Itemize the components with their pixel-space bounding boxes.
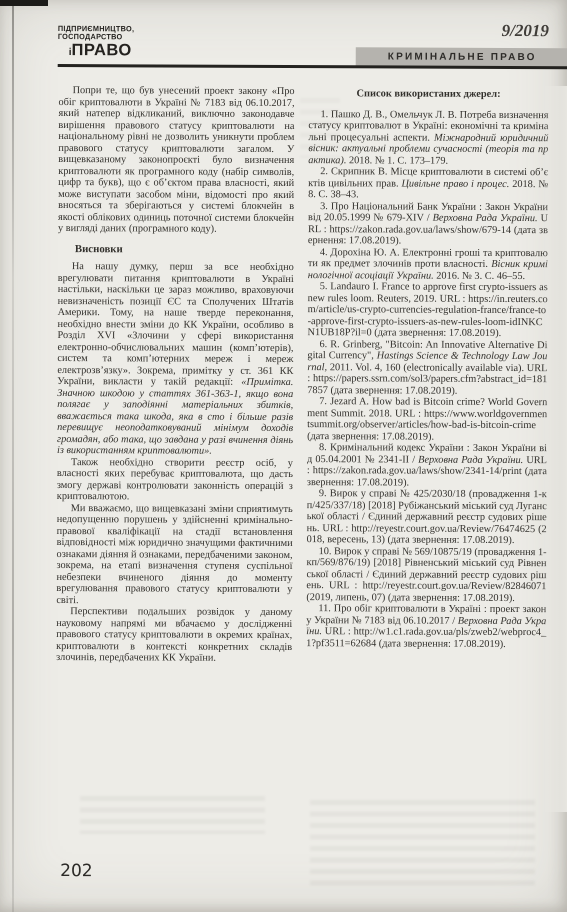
section-band: КРИМІНАЛЬНЕ ПРАВО <box>356 47 567 67</box>
intro-paragraphs: Попри те, що був унесений проект закону … <box>58 85 295 236</box>
conclusion-paragraphs: На нашу думку, перш за все необхідно вре… <box>56 261 294 665</box>
scanned-journal-page: ПІДПРИЄМНИЦТВО, ГОСПОДАРСТВО іПРАВО 9/20… <box>0 0 567 912</box>
references-list: 1. Пашко Д. В., Омельчук Л. В. Потреба в… <box>306 109 548 651</box>
reference-item: 10. Вирок у справі № 569/10875/19 (прова… <box>306 546 546 605</box>
page-header: ПІДПРИЄМНИЦТВО, ГОСПОДАРСТВО іПРАВО 9/20… <box>2 0 567 1</box>
left-column: Попри те, що був унесений проект закону … <box>56 85 295 665</box>
references-heading: Список використаних джерел: <box>309 88 549 101</box>
body-paragraph: Ми вважаємо, що вищевказані зміни сприят… <box>56 503 292 608</box>
reference-item: 8. Кримінальний кодекс України : Закон У… <box>307 442 547 489</box>
journal-logo: ПІДПРИЄМНИЦТВО, ГОСПОДАРСТВО іПРАВО <box>58 25 138 60</box>
article-body: Попри те, що був унесений проект закону … <box>56 85 549 666</box>
body-paragraph: Попри те, що був унесений проект закону … <box>58 85 295 236</box>
right-column: Список використаних джерел: 1. Пашко Д. … <box>306 86 549 666</box>
scan-bleedthrough-noise <box>310 800 535 892</box>
issue-number: 9/2019 <box>502 21 549 41</box>
reference-item: 5. Landauro I. France to approve first c… <box>308 281 548 340</box>
reference-item: 7. Jezard A. How bad is Bitcoin crime? W… <box>307 396 547 443</box>
logo-line3: іПРАВО <box>69 43 138 60</box>
reference-item: 9. Вирок у справі № 425/2030/18 (провадж… <box>307 488 547 547</box>
reference-item: 1. Пашко Д. В., Омельчук Л. В. Потреба в… <box>308 109 548 168</box>
reference-item: 6. R. Grinberg, "Bitcoin: An Innovative … <box>307 339 547 398</box>
body-paragraph: На нашу думку, перш за все необхідно вре… <box>57 261 294 458</box>
reference-item: 2. Скрипник В. Місце криптовалюти в сист… <box>308 166 548 202</box>
scan-bleedthrough-noise <box>300 98 340 158</box>
logo-line2: ГОСПОДАРСТВО <box>58 33 134 42</box>
body-paragraph: Також необхідно створити реєстр осіб, у … <box>57 457 293 504</box>
logo-pravo: ПРАВО <box>72 41 132 59</box>
scan-bleedthrough-noise <box>80 796 265 834</box>
reference-item: 11. Про обіг криптовалюти в Україні : пр… <box>306 603 546 650</box>
conclusions-heading: Висновки <box>75 244 294 256</box>
page-content: ПІДПРИЄМНИЦТВО, ГОСПОДАРСТВО іПРАВО 9/20… <box>0 0 567 912</box>
body-paragraph: Перспективи подальших розвідок у даному … <box>56 606 292 665</box>
page-number: 202 <box>60 861 93 881</box>
reference-item: 4. Дорохіна Ю. А. Електронні гроші та кр… <box>308 247 548 283</box>
section-label: КРИМІНАЛЬНЕ ПРАВО <box>388 51 537 63</box>
reference-item: 3. Про Національний Банк України : Закон… <box>308 201 548 248</box>
